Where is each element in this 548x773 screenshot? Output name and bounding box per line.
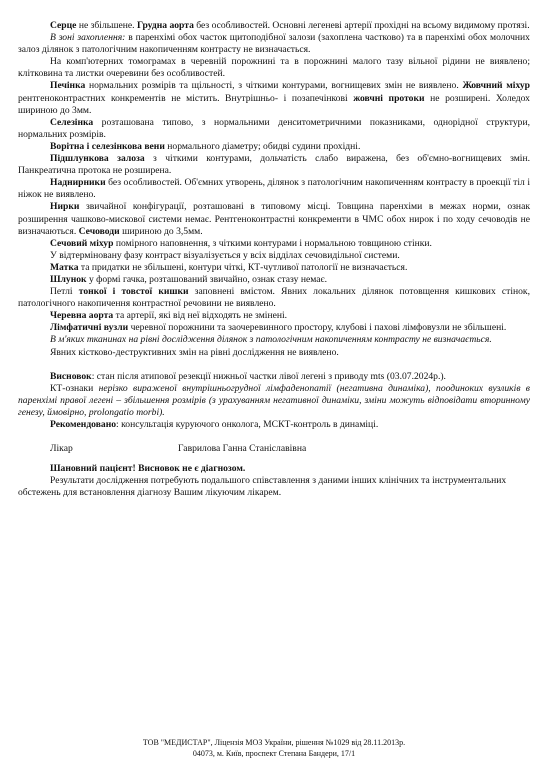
paragraph-scan-zone: В зоні захоплення: в паренхімі обох част… [18,32,530,56]
conclusion-section: Висновок: стан після атипової резекції н… [18,371,530,431]
paragraph-pancreas: Підшлункова залоза з чіткими контурами, … [18,153,530,177]
paragraph-aorta: Черевна аорта та артерії, які від неї ві… [18,310,530,322]
findings-section: Серце не збільшене. Грудна аорта без осо… [18,20,530,359]
paragraph-kidneys: Нирки звичайної конфігурації, розташован… [18,201,530,237]
paragraph-liver: Печінка нормальних розмірів та щільності… [18,80,530,116]
paragraph-lymph: Лімфатичні вузли черевної порожнини та з… [18,322,530,334]
doctor-label: Лікар [50,443,73,455]
paragraph-soft-tissue: В м'яких тканинах на рівні дослідження д… [18,334,530,346]
paragraph-bones: Явних кістково-деструктивних змін на рів… [18,347,530,359]
paragraph-ct-signs: КТ-ознаки нерізко вираженої внутрішньогр… [18,383,530,419]
notice-title: Шановний пацієнт! Висновок не є діагнозо… [18,463,530,475]
paragraph-uterus: Матка та придатки не збільшені, контури … [18,262,530,274]
paragraph-conclusion: Висновок: стан після атипової резекції н… [18,371,530,383]
footer-license: ТОВ "МЕДИСТАР", Ліцензія МОЗ України, рі… [0,738,548,749]
paragraph-adrenals: Наднирники без особливостей. Об'ємних ут… [18,177,530,201]
paragraph-bladder: Сечовий міхур помірного наповнення, з чі… [18,238,530,250]
paragraph-bowel: Петлі тонкої і товстої кишки заповнені в… [18,286,530,310]
paragraph-spleen: Селезінка розташована типово, з нормальн… [18,117,530,141]
paragraph-stomach: Шлунок у формі гачка, розташований звича… [18,274,530,286]
ct-report-page: Серце не збільшене. Грудна аорта без осо… [18,20,530,499]
signature-row: Лікар Гаврилова Ганна Станіславівна [18,443,530,457]
footer-address: 04073, м. Київ, проспект Степана Бандери… [0,749,548,760]
doctor-name: Гаврилова Ганна Станіславівна [178,443,306,455]
paragraph-abdomen-fluid: На комп'ютерних томограмах в черевній по… [18,56,530,80]
paragraph-delayed-phase: У відтерміновану фазу контраст візуалізу… [18,250,530,262]
paragraph-heart: Серце не збільшене. Грудна аорта без осо… [18,20,530,32]
paragraph-recommended: Рекомендовано: консультація куруючого он… [18,419,530,431]
page-footer: ТОВ "МЕДИСТАР", Ліцензія МОЗ України, рі… [0,738,548,759]
paragraph-veins: Ворітна і селезінкова вени нормального д… [18,141,530,153]
notice-text: Результати дослідження потребують подаль… [18,475,530,499]
